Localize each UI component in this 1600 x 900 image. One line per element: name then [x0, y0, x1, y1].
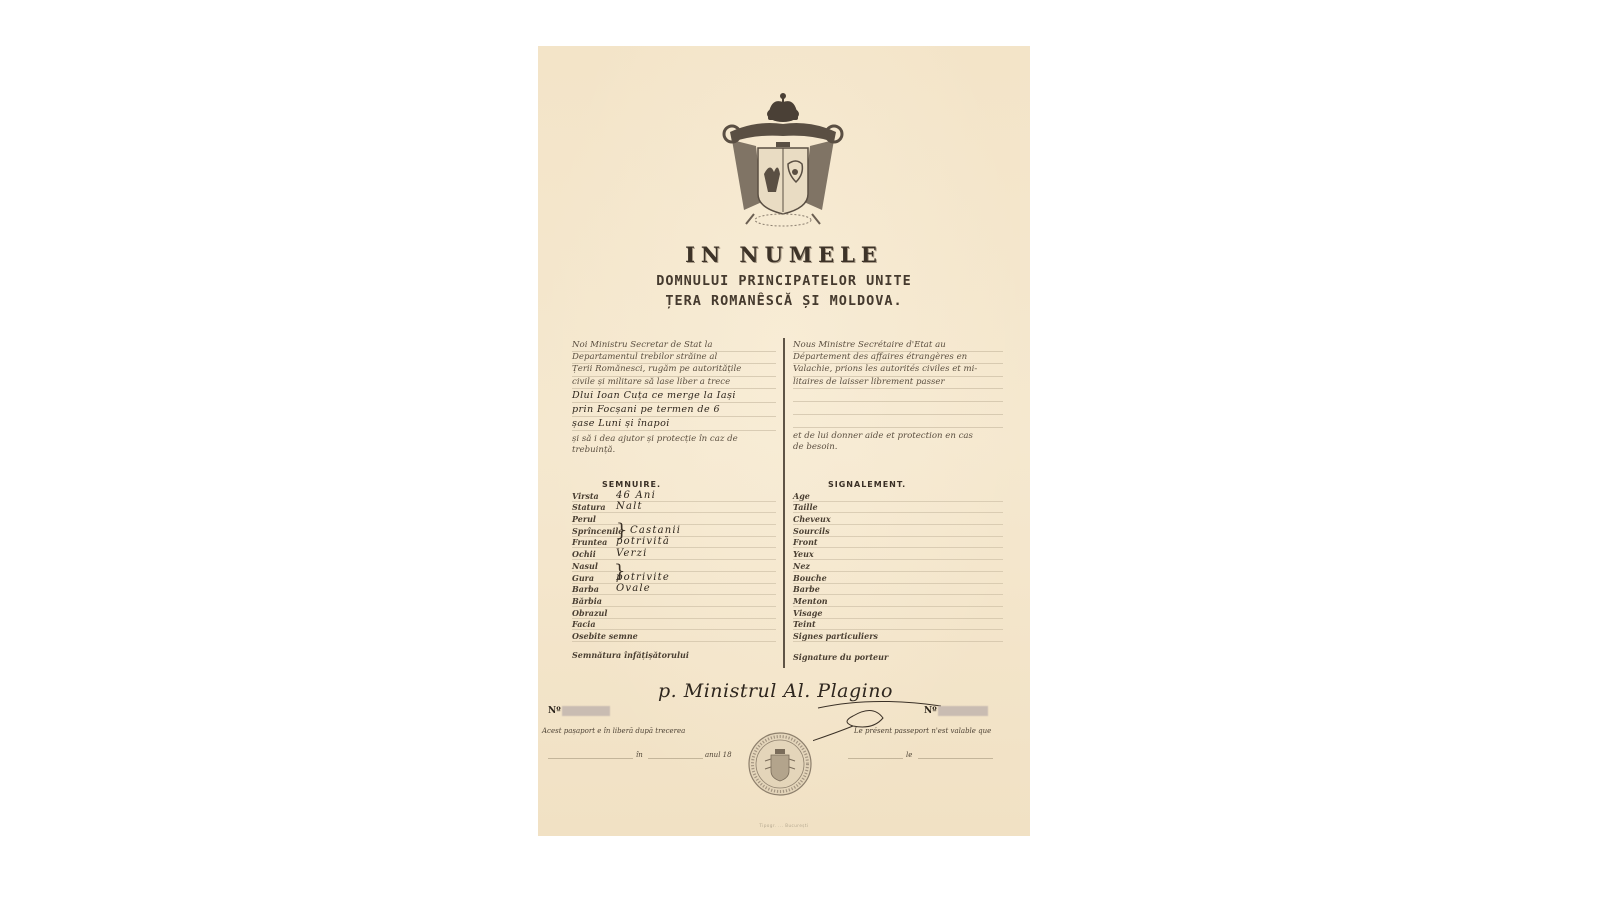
intro-line: Valachie, prions les autorités civiles e… — [793, 364, 1003, 376]
title-line-1: IN NUMELE — [538, 242, 1030, 267]
holder-name-handwritten: Dlui Ioan Cuța ce merge la Iași — [572, 389, 776, 403]
field-osebite-semne: Osebite semne — [572, 630, 776, 642]
field-sourcils: Sourcils — [793, 525, 1003, 537]
intro-line: Département des affaires étrangères en — [793, 352, 1003, 364]
closing-line: de besoin. — [793, 442, 1003, 453]
date-year-label: anul 18 — [705, 751, 732, 759]
intro-line: civile și militare să lase liber a trece — [572, 377, 776, 389]
semnuire-heading: SEMNUIRE. — [602, 480, 661, 489]
validity-text-right: Le présent passeport n'est valable que — [854, 727, 991, 735]
field-nasul: Nasul — [572, 560, 776, 572]
field-sprancenile: SprîncenileCastanii — [572, 525, 776, 537]
field-value: Verzi — [616, 548, 647, 559]
field-fruntea: Frunteapotrivită — [572, 537, 776, 549]
field-barbe: Barbe — [793, 584, 1003, 596]
number-label-right: Nº — [924, 706, 937, 716]
redacted-number-left — [562, 706, 610, 716]
redacted-number-right — [938, 706, 988, 716]
field-yeux: Yeux — [793, 548, 1003, 560]
bearer-signature-label: Signature du porteur — [793, 652, 888, 662]
date-le-label: le — [906, 751, 912, 759]
date-in-label: în — [636, 751, 643, 759]
signalement-fields: Age Taille Cheveux Sourcils Front Yeux N… — [793, 490, 1003, 642]
official-seal-icon — [747, 731, 813, 797]
field-facia: Faciа — [572, 619, 776, 631]
brace-icon: } — [614, 561, 625, 582]
field-visage: Visage — [793, 607, 1003, 619]
brace-icon: } — [616, 520, 627, 541]
field-obrazul: Obrazul — [572, 607, 776, 619]
field-value: Ovale — [616, 583, 651, 594]
field-menton: Menton — [793, 595, 1003, 607]
validity-text-left: Acest pașaport e în liberă după trecerea — [542, 727, 685, 735]
field-virsta: Virsta46 Ani — [572, 490, 776, 502]
field-ochii: OchiiVerzi — [572, 548, 776, 560]
field-signes-particuliers: Signes particuliers — [793, 630, 1003, 642]
closing-line: trebuință. — [572, 445, 776, 456]
field-nez: Nez — [793, 560, 1003, 572]
field-barbia: Bărbia — [572, 595, 776, 607]
field-cheveux: Cheveux — [793, 513, 1003, 525]
french-column: Nous Ministre Secrétaire d'Etat au Dépar… — [793, 340, 1003, 453]
romanian-column: Noi Ministru Secretar de Stat la Departa… — [572, 340, 776, 456]
field-teint: Teint — [793, 619, 1003, 631]
intro-line: Țerii Romănesci, rugăm pe autoritățile — [572, 364, 776, 376]
travel-route-handwritten: prin Focșani pe termen de 6 — [572, 403, 776, 417]
signature-flourish-icon — [813, 686, 943, 746]
signalement-heading: SIGNALEMENT. — [828, 480, 906, 489]
printer-imprint: Tipogr. ... București — [734, 823, 834, 828]
coat-of-arms-icon — [716, 82, 850, 230]
intro-line: litaires de laisser librement passer — [793, 377, 1003, 389]
field-barba: BarbaOvale — [572, 584, 776, 596]
closing-line: și să i dea ajutor și protecție în caz d… — [572, 434, 776, 445]
field-statura: StaturaNalt — [572, 502, 776, 514]
field-value: 46 Ani — [616, 490, 656, 501]
intro-line: Nous Ministre Secrétaire d'Etat au — [793, 340, 1003, 352]
field-gura: Gurapotrivite — [572, 572, 776, 584]
field-taille: Taille — [793, 502, 1003, 514]
passport-document: IN NUMELE DOMNULUI PRINCIPATELOR UNITE Ț… — [538, 46, 1030, 836]
semnuire-fields: Virsta46 Ani StaturaNalt Perul Sprînceni… — [572, 490, 776, 642]
document-title: IN NUMELE DOMNULUI PRINCIPATELOR UNITE Ț… — [538, 242, 1030, 309]
field-perul: Perul — [572, 513, 776, 525]
closing-line: et de lui donner aide et protection en c… — [793, 431, 1003, 442]
field-bouche: Bouche — [793, 572, 1003, 584]
title-line-3: ȚERA ROMANÊSCĂ ȘI MOLDOVA. — [538, 293, 1030, 309]
column-divider — [783, 338, 785, 668]
title-line-2: DOMNULUI PRINCIPATELOR UNITE — [632, 272, 936, 290]
field-value: Castanii — [630, 525, 681, 536]
number-label-left: Nº — [548, 706, 561, 716]
travel-term-handwritten: șase Luni și înapoi — [572, 417, 776, 431]
holder-signature-label: Semnătura înfățișătorului — [572, 650, 689, 660]
intro-line: Departamentul trebilor străine al — [572, 352, 776, 364]
intro-line: Noi Ministru Secretar de Stat la — [572, 340, 776, 352]
field-value: Nalt — [616, 501, 643, 512]
field-front: Front — [793, 537, 1003, 549]
field-age: Age — [793, 490, 1003, 502]
